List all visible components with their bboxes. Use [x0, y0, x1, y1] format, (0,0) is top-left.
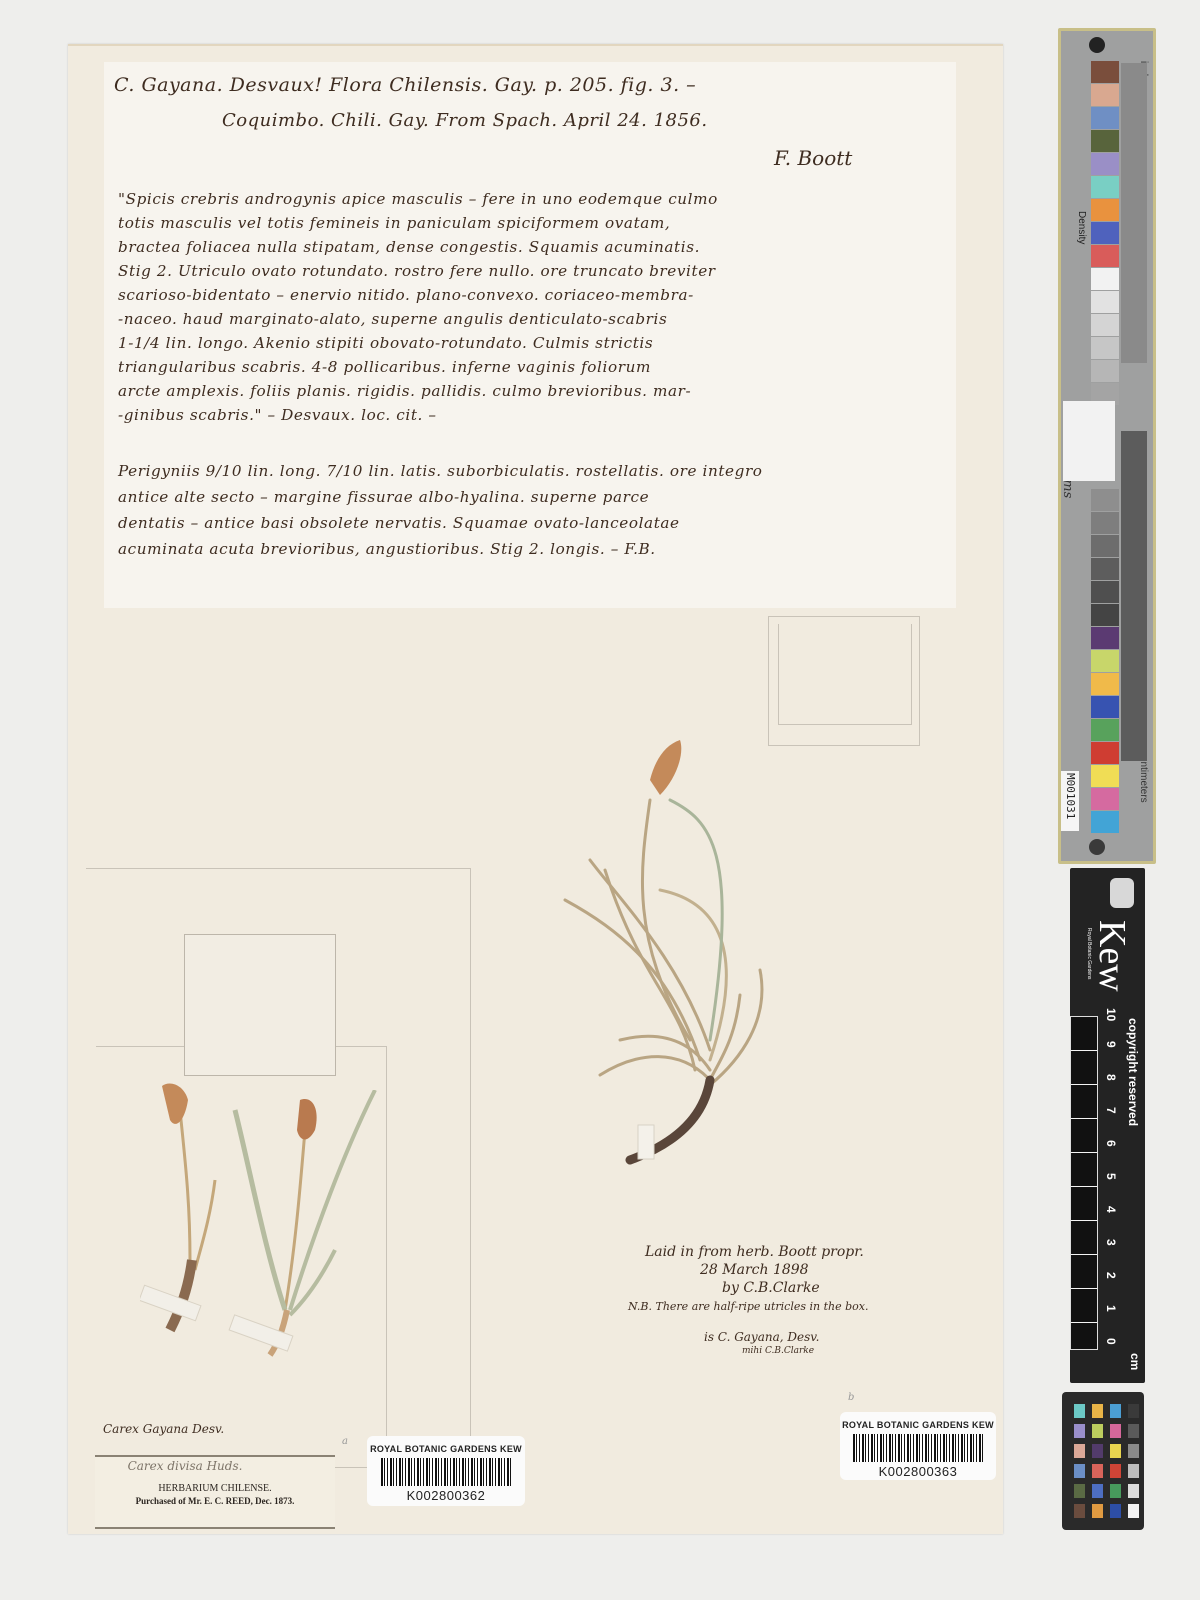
- ruler-swatch: [1091, 84, 1119, 106]
- color-patch: [1074, 1404, 1085, 1418]
- clarke-annotation-by: by C.B.Clarke: [722, 1280, 820, 1296]
- ruler-swatch: [1091, 811, 1119, 833]
- reed-subtitle: Purchased of Mr. E. C. REED, Dec. 1873.: [95, 1496, 335, 1506]
- inflorescence: [650, 740, 681, 795]
- ruler-swatch: [1091, 719, 1119, 741]
- color-checker-card: [1062, 1392, 1144, 1530]
- barcode-number: K002800363: [840, 1464, 996, 1479]
- main-specimen-plant: [560, 740, 820, 1180]
- barcode-bars: [381, 1458, 511, 1486]
- color-patch: [1092, 1424, 1103, 1438]
- ruler-swatch: [1091, 130, 1119, 152]
- ruler-swatch: [1091, 222, 1119, 244]
- color-patch: [1110, 1444, 1121, 1458]
- ruler-swatch: [1091, 360, 1119, 382]
- kew-logo: Kew: [1090, 920, 1134, 992]
- boott-note-line: acuminata acuta brevioribus, angustiorib…: [118, 540, 656, 558]
- kew-tick-label: 8: [1104, 1074, 1118, 1081]
- description-line: "Spicis crebris androgynis apice masculi…: [118, 190, 718, 208]
- ruler-swatch: [1091, 627, 1119, 649]
- boott-signature: F. Boott: [774, 146, 852, 170]
- clarke-annotation-line1: Laid in from herb. Boott propr.: [645, 1244, 864, 1260]
- ruler-id: M001031: [1061, 771, 1079, 831]
- barcode-number: K002800362: [367, 1488, 525, 1503]
- ruler-swatch: [1091, 314, 1119, 336]
- ruler-swatch: [1091, 512, 1119, 534]
- description-line: -naceo. haud marginato-alato, superne an…: [118, 310, 667, 328]
- ruler-swatch: [1091, 291, 1119, 313]
- description-line: arcte amplexis. foliis planis. rigidis. …: [118, 382, 691, 400]
- clarke-annotation-note: N.B. There are half-ripe utricles in the…: [628, 1300, 868, 1313]
- kew-tick-label: 2: [1104, 1272, 1118, 1279]
- color-patch: [1092, 1464, 1103, 1478]
- color-patch: [1074, 1424, 1085, 1438]
- clarke-annotation-date: 28 March 1898: [700, 1262, 809, 1278]
- ruler-swatch: [1091, 788, 1119, 810]
- color-patch: [1110, 1484, 1121, 1498]
- kew-tick-label: 9: [1104, 1041, 1118, 1048]
- kew-tick-label: 7: [1104, 1107, 1118, 1114]
- kew-tick-label: 5: [1104, 1173, 1118, 1180]
- description-line: -ginibus scabris." – Desvaux. loc. cit. …: [118, 406, 437, 424]
- gray-patch: [1128, 1484, 1139, 1498]
- ruler-scale-inches: [1121, 63, 1147, 363]
- color-patch: [1092, 1444, 1103, 1458]
- kew-crest-icon: [1110, 878, 1134, 908]
- gray-patch: [1128, 1464, 1139, 1478]
- ruler-target-patch: [1063, 401, 1115, 481]
- barcode-institution: ROYAL BOTANIC GARDENS KEW: [367, 1444, 525, 1454]
- color-patch: [1074, 1484, 1085, 1498]
- ruler-swatch: [1091, 696, 1119, 718]
- gray-patch: [1128, 1404, 1139, 1418]
- kew-tick-label: 6: [1104, 1140, 1118, 1147]
- kew-tick-label: 3: [1104, 1239, 1118, 1246]
- color-patch: [1092, 1504, 1103, 1518]
- ruler-swatch: [1091, 742, 1119, 764]
- fragment-packet-right-inner: [778, 624, 912, 725]
- ruler-hole-top: [1089, 37, 1105, 53]
- taxon-reference-line: C. Gayana. Desvaux! Flora Chilensis. Gay…: [114, 74, 696, 96]
- ruler-swatch: [1091, 245, 1119, 267]
- ruler-density-label: Density: [1076, 211, 1087, 244]
- ruler-swatch: [1091, 604, 1119, 626]
- kew-scale-bar: Kew Royal Botanic Gardens copyright rese…: [1070, 868, 1145, 1383]
- barcode-label-k002800363: ROYAL BOTANIC GARDENS KEW K002800363: [840, 1412, 996, 1480]
- color-patch: [1092, 1484, 1103, 1498]
- color-patch: [1092, 1404, 1103, 1418]
- ruler-swatch: [1091, 650, 1119, 672]
- ruler-swatch: [1091, 199, 1119, 221]
- kew-scale-checker: [1070, 1016, 1098, 1350]
- description-line: Stig 2. Utriculo ovato rotundato. rostro…: [118, 262, 716, 280]
- reed-determination: Carex divisa Huds.: [65, 1459, 305, 1473]
- kew-tick-label: 4: [1104, 1206, 1118, 1213]
- color-patch: [1074, 1444, 1085, 1458]
- ruler-swatch: [1091, 107, 1119, 129]
- ruler-swatch: [1091, 581, 1119, 603]
- color-patch: [1110, 1464, 1121, 1478]
- ruler-swatch: [1091, 337, 1119, 359]
- barcode-label-k002800362: ROYAL BOTANIC GARDENS KEW K002800362: [367, 1436, 525, 1506]
- reed-title: HERBARIUM CHILENSE.: [95, 1483, 335, 1494]
- color-patch: [1074, 1464, 1085, 1478]
- color-patch: [1074, 1504, 1085, 1518]
- gray-patch: [1128, 1504, 1139, 1518]
- description-line: bractea foliacea nulla stipatam, dense c…: [118, 238, 700, 256]
- determiner: mihi C.B.Clarke: [742, 1346, 814, 1356]
- gray-patch: [1128, 1424, 1139, 1438]
- original-description-label: C. Gayana. Desvaux! Flora Chilensis. Gay…: [104, 62, 956, 608]
- color-patch: [1110, 1424, 1121, 1438]
- description-line: triangularibus scabris. 4-8 pollicaribus…: [118, 358, 651, 376]
- barcode-bars: [853, 1434, 983, 1462]
- small-specimen-right: [225, 1090, 385, 1360]
- ruler-hole-bottom: [1089, 839, 1105, 855]
- fragment-packet-left: [184, 934, 336, 1076]
- kew-tick-label: 10: [1104, 1008, 1118, 1021]
- ruler-swatch: [1091, 153, 1119, 175]
- kew-unit: cm: [1128, 1353, 1142, 1370]
- description-line: scarioso-bidentato – enervio nitido. pla…: [118, 286, 694, 304]
- mark-a: a: [342, 1436, 348, 1447]
- ruler-swatch: [1091, 61, 1119, 83]
- gray-patch: [1128, 1444, 1139, 1458]
- ruler-swatch: [1091, 673, 1119, 695]
- kew-tick-label: 0: [1104, 1338, 1118, 1345]
- description-line: totis masculis vel totis femineis in pan…: [118, 214, 670, 232]
- boott-note-line: antice alte secto – margine fissurae alb…: [118, 488, 649, 506]
- ruler-swatch: [1091, 558, 1119, 580]
- kew-tick-label: 1: [1104, 1305, 1118, 1312]
- ruler-swatch: [1091, 176, 1119, 198]
- barcode-institution: ROYAL BOTANIC GARDENS KEW: [840, 1420, 996, 1430]
- ruler-swatch: [1091, 535, 1119, 557]
- color-patch: [1110, 1504, 1121, 1518]
- ruler-scale-cm: [1121, 431, 1147, 761]
- ruler-swatch: [1091, 268, 1119, 290]
- kew-copyright: copyright reserved: [1126, 1018, 1140, 1126]
- ruler-swatch: [1091, 765, 1119, 787]
- boott-note-line: dentatis – antice basi obsolete nervatis…: [118, 514, 680, 532]
- color-patch: [1110, 1404, 1121, 1418]
- boott-note-line: Perigyniis 9/10 lin. long. 7/10 lin. lat…: [118, 462, 763, 480]
- ruler-swatch: [1091, 489, 1119, 511]
- herbarium-chilense-label: Carex divisa Huds. HERBARIUM CHILENSE. P…: [95, 1455, 335, 1529]
- description-line: 1-1/4 lin. longo. Akenio stipiti obovato…: [118, 334, 653, 352]
- handwritten-carex-gayana: Carex Gayana Desv.: [103, 1422, 224, 1436]
- locality-line: Coquimbo. Chili. Gay. From Spach. April …: [222, 110, 708, 131]
- determination: is C. Gayana, Desv.: [704, 1330, 819, 1344]
- kew-subtitle: Royal Botanic Gardens: [1086, 928, 1092, 979]
- color-calibration-ruler: Don Williams M001031 inches centimeters …: [1058, 28, 1156, 864]
- mark-b: b: [848, 1392, 854, 1403]
